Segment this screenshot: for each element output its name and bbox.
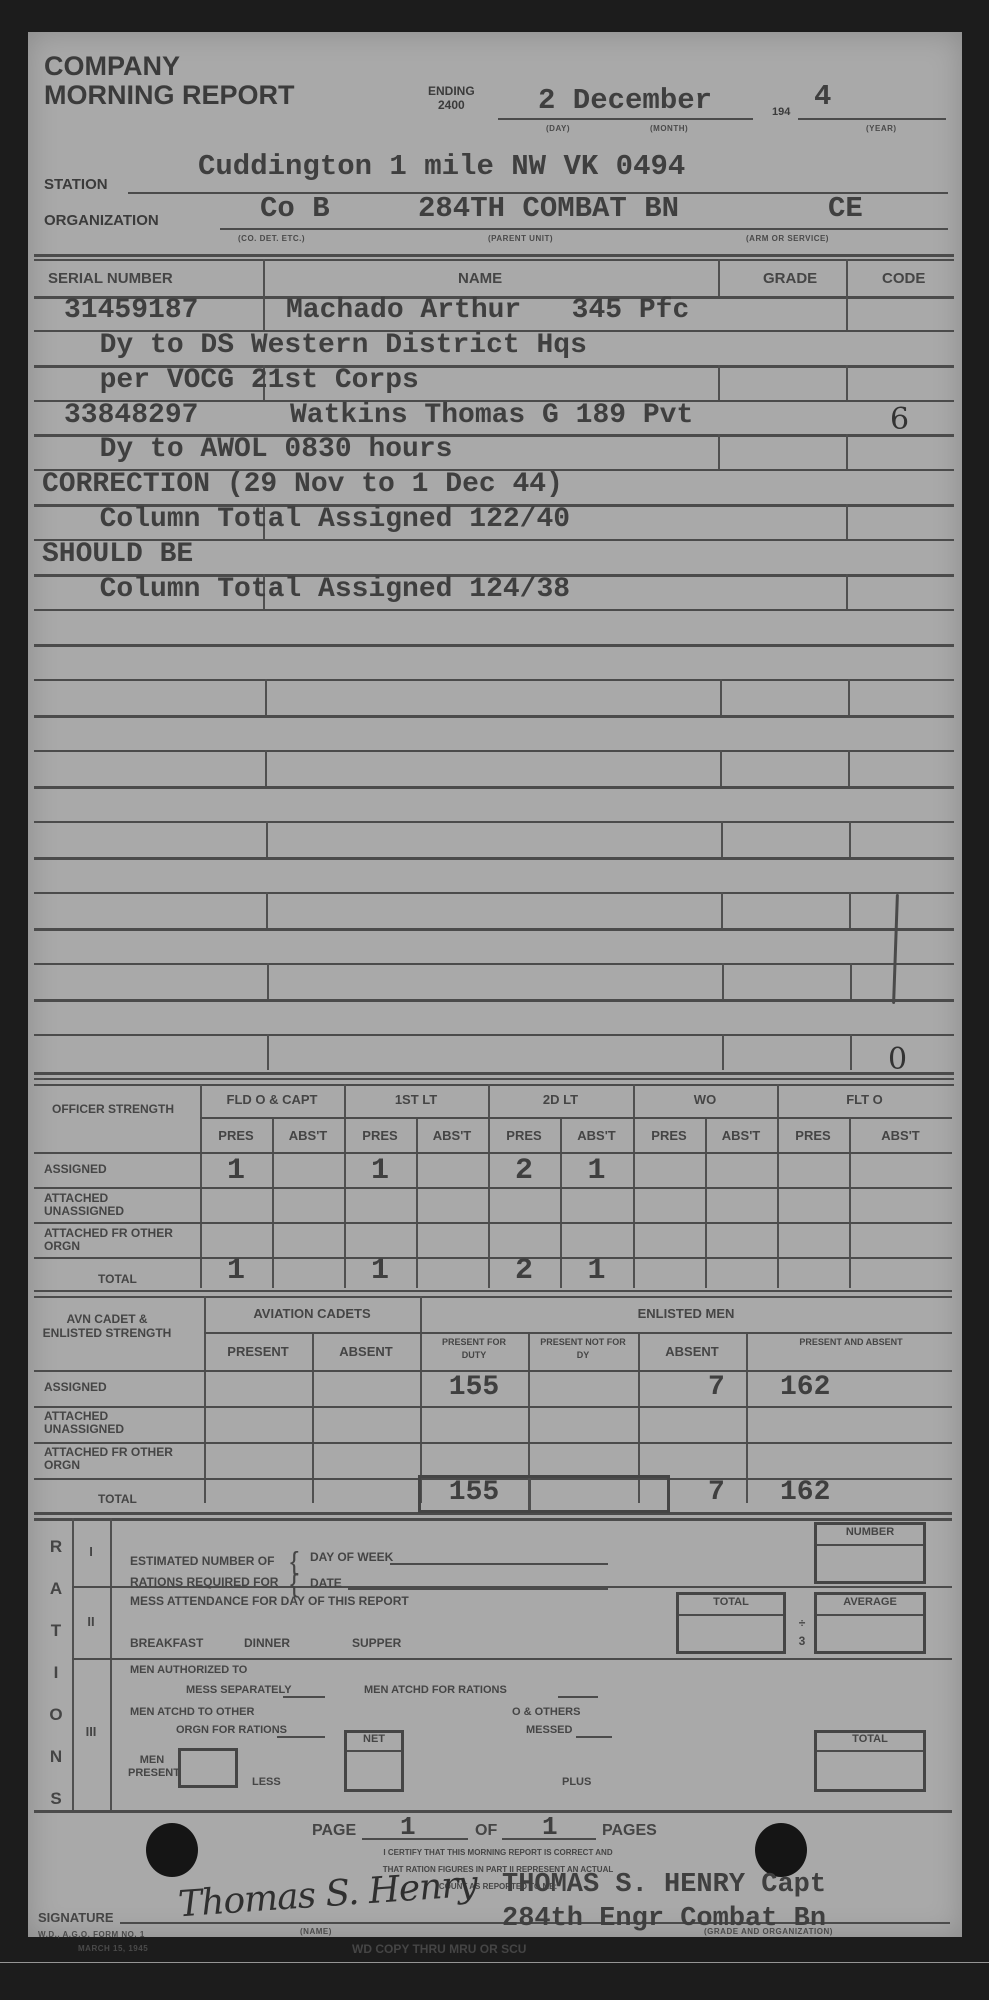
organization-underline — [220, 228, 948, 230]
row-rule — [34, 963, 954, 965]
col-divider — [718, 365, 720, 400]
entry-text: Column Total Assigned 122/40 — [66, 504, 570, 535]
col-divider — [850, 963, 852, 999]
row-rule — [34, 679, 954, 681]
row-rule — [204, 1332, 952, 1334]
station-label: STATION — [44, 176, 108, 193]
officer-total-value: 1 — [200, 1254, 272, 1288]
row-rule — [34, 892, 954, 894]
divide-by-three: ÷ 3 — [796, 1614, 808, 1650]
row-label-attached-other: ATTACHED FR OTHER ORGN — [44, 1446, 174, 1472]
messed-field[interactable] — [576, 1736, 612, 1738]
row-rule — [34, 821, 954, 823]
officer-value: 1 — [200, 1154, 272, 1188]
group-header-cadets: AVIATION CADETS — [204, 1306, 420, 1321]
sub-header-abst: ABS'T — [560, 1128, 633, 1143]
less-label: LESS — [252, 1776, 281, 1788]
col-divider — [718, 259, 720, 296]
typed-officer-unit: 284th Engr Combat Bn — [502, 1904, 826, 1934]
row-rule — [34, 1078, 954, 1080]
year-caption: (YEAR) — [866, 124, 897, 133]
messed-label: MESSED — [526, 1724, 572, 1736]
col-header-present-for-duty: PRESENT FOR DUTY — [430, 1336, 518, 1362]
org-arm-service: CE — [828, 192, 863, 225]
pencil-mark-line — [892, 894, 899, 1004]
pencil-mark-zero: 0 — [888, 1042, 907, 1077]
ending-label-2: 2400 — [428, 98, 475, 112]
org-company: Co B — [260, 192, 330, 225]
officer-total-value: 1 — [344, 1254, 416, 1288]
row-rule — [34, 786, 954, 789]
row-label-attached-other: ATTACHED FR OTHER ORGN — [44, 1227, 174, 1253]
officer-total-value: 1 — [560, 1254, 633, 1288]
part-numeral: I — [72, 1544, 110, 1559]
men-present-label-2: PRESENT — [128, 1767, 176, 1780]
orgn-rations-field[interactable] — [277, 1736, 325, 1738]
col-divider — [265, 750, 267, 786]
col-header-serial: SERIAL NUMBER — [48, 270, 173, 287]
col-divider — [722, 963, 724, 999]
row-rule — [200, 1117, 952, 1119]
sub-header-abst: ABS'T — [705, 1128, 777, 1143]
row-rule — [34, 1442, 952, 1444]
men-present-label: MEN PRESENT — [128, 1754, 176, 1780]
col-divider — [849, 821, 851, 857]
entry-code: 6 — [890, 402, 909, 437]
of-label: OF — [475, 1822, 497, 1840]
part-numeral: II — [72, 1614, 110, 1629]
breakfast-label: BREAKFAST — [130, 1636, 203, 1650]
col-divider — [846, 365, 848, 400]
officer-group-header: 2D LT — [488, 1092, 633, 1107]
rations-estimated-label: ESTIMATED NUMBER OF — [130, 1554, 274, 1568]
page-count: 1 — [542, 1812, 558, 1842]
col-divider — [846, 504, 848, 539]
report-year: 4 — [814, 80, 831, 113]
col-divider — [204, 1296, 206, 1503]
form-number: W.D., A.G.O. FORM NO. 1 — [38, 1930, 145, 1939]
col-divider — [110, 1518, 112, 1810]
col-divider — [266, 892, 268, 928]
sub-header-abst: ABS'T — [849, 1128, 952, 1143]
morning-report-form: COMPANY MORNING REPORT ENDING 2400 2 Dec… — [28, 32, 962, 1937]
row-rule — [72, 1658, 952, 1660]
organization-label: ORGANIZATION — [44, 212, 159, 229]
side-letter: S — [46, 1778, 66, 1820]
entry-text: SHOULD BE — [42, 539, 193, 570]
rations-side-label: R A T I O N S — [46, 1526, 66, 1820]
col-divider — [718, 434, 720, 469]
rations-required-label: RATIONS REQUIRED FOR — [130, 1575, 278, 1589]
enlisted-present-and-absent: 162 — [780, 1372, 830, 1403]
officer-value: 1 — [560, 1154, 633, 1188]
form-title-line1: COMPANY — [44, 52, 295, 81]
enlisted-strength-title: AVN CADET & ENLISTED STRENGTH — [42, 1312, 172, 1340]
enlisted-total-present-and-absent: 162 — [780, 1477, 830, 1508]
col-divider — [720, 679, 722, 715]
supper-label: SUPPER — [352, 1636, 401, 1650]
enlisted-absent: 7 — [708, 1372, 725, 1403]
officer-group-header: FLD O & CAPT — [200, 1092, 344, 1107]
col-divider — [721, 892, 723, 928]
enlisted-top-rule — [34, 1296, 952, 1298]
side-letter: N — [46, 1736, 66, 1778]
row-label-attached-unassigned: ATTACHED UNASSIGNED — [44, 1410, 174, 1436]
certify-line: I CERTIFY THAT THIS MORNING REPORT IS CO… — [288, 1844, 708, 1861]
mess-separately-label: MESS SEPARATELY — [186, 1684, 292, 1696]
punch-hole-left — [146, 1823, 198, 1877]
officer-strength-title: OFFICER STRENGTH — [48, 1102, 178, 1116]
box-rule — [679, 1614, 783, 1616]
dinner-label: DINNER — [244, 1636, 290, 1650]
report-date: 2 December — [538, 84, 712, 117]
number-box-label: NUMBER — [814, 1526, 926, 1538]
row-rule — [34, 1034, 954, 1036]
row-rule — [34, 1222, 952, 1224]
rations-top-rule — [34, 1518, 952, 1521]
row-label-assigned: ASSIGNED — [44, 1380, 107, 1394]
group-header-enlisted: ENLISTED MEN — [420, 1306, 952, 1321]
plus-label: PLUS — [562, 1776, 591, 1788]
rations-total-label: TOTAL — [814, 1733, 926, 1745]
col-divider — [263, 259, 265, 296]
row-rule — [34, 644, 954, 647]
row-rule — [34, 1290, 952, 1292]
others-label: O & OTHERS — [512, 1706, 580, 1718]
date-underline — [498, 118, 753, 120]
atchd-for-rations-field[interactable] — [558, 1696, 598, 1698]
part-numeral: III — [72, 1724, 110, 1739]
entry-text: Column Total Assigned 124/38 — [66, 574, 570, 605]
name-caption: (NAME) — [300, 1927, 332, 1936]
men-present-label-1: MEN — [128, 1754, 176, 1767]
mess-total-label: TOTAL — [676, 1596, 786, 1608]
officer-group-header: WO — [633, 1092, 777, 1107]
org-parent-unit: 284TH COMBAT BN — [418, 192, 679, 225]
day-of-week-label: DAY OF WEEK — [310, 1550, 393, 1564]
col-header-present-and-absent: PRESENT AND ABSENT — [766, 1336, 936, 1349]
row-rule — [34, 715, 954, 718]
day-caption: (DAY) — [546, 124, 570, 133]
col-divider — [846, 296, 848, 330]
officer-value: 2 — [488, 1154, 560, 1188]
form-title-line2: MORNING REPORT — [44, 81, 295, 110]
col-header-name: NAME — [458, 270, 502, 287]
col-divider — [849, 892, 851, 928]
enlisted-total-absent: 7 — [708, 1477, 725, 1508]
row-label-total: TOTAL — [98, 1272, 137, 1286]
col-divider — [267, 963, 269, 999]
mess-separately-field[interactable] — [283, 1696, 325, 1698]
pages-label: PAGES — [602, 1822, 657, 1840]
col-divider — [722, 1034, 724, 1070]
entry-text: per VOCG 21st Corps — [66, 365, 419, 396]
col-header-cadets-absent: ABSENT — [312, 1344, 420, 1359]
col-divider — [720, 750, 722, 786]
org-caption-arm: (ARM OR SERVICE) — [746, 234, 829, 243]
officer-group-header: 1ST LT — [344, 1092, 488, 1107]
col-divider — [267, 1034, 269, 1070]
officer-total-value: 2 — [488, 1254, 560, 1288]
enlisted-total-present-for-duty: 155 — [420, 1477, 528, 1508]
org-caption-co: (CO. DET. ETC.) — [238, 234, 305, 243]
col-divider — [528, 1478, 531, 1510]
entry-serial: 33848297 — [64, 400, 198, 431]
col-divider — [721, 821, 723, 857]
form-date: MARCH 15, 1945 — [78, 1944, 148, 1953]
box-rule — [347, 1750, 401, 1752]
org-caption-parent: (PARENT UNIT) — [488, 234, 553, 243]
col-header-code: CODE — [882, 270, 925, 287]
wd-copy-note: WD COPY THRU MRU OR SCU — [352, 1942, 526, 1956]
sub-header-abst: ABS'T — [272, 1128, 344, 1143]
brace: { — [290, 1572, 299, 1594]
sub-header-pres: PRES — [200, 1128, 272, 1143]
col-divider — [850, 1034, 852, 1070]
side-letter: T — [46, 1610, 66, 1652]
row-rule — [34, 609, 954, 611]
row-rule — [34, 1406, 952, 1408]
table-top-rule — [34, 254, 954, 257]
mess-attendance-label: MESS ATTENDANCE FOR DAY OF THIS REPORT — [130, 1594, 409, 1608]
ending-label: ENDING 2400 — [428, 84, 475, 112]
col-header-grade: GRADE — [763, 270, 817, 287]
row-rule — [34, 1072, 954, 1075]
entry-text: Watkins Thomas G 189 Pvt — [290, 400, 693, 431]
year-prefix: 194 — [772, 106, 790, 118]
box-rule — [817, 1544, 923, 1546]
row-rule — [34, 999, 954, 1002]
entry-text: CORRECTION (29 Nov to 1 Dec 44) — [42, 469, 563, 500]
officer-group-header: FLT O — [777, 1092, 952, 1107]
side-letter: A — [46, 1568, 66, 1610]
row-rule — [34, 750, 954, 752]
box-rule — [817, 1614, 923, 1616]
entry-text: Dy to AWOL 0830 hours — [66, 434, 452, 465]
date-label: DATE — [310, 1576, 342, 1590]
page-number: 1 — [400, 1812, 416, 1842]
col-header-cadets-present: PRESENT — [204, 1344, 312, 1359]
atchd-for-rations-label: MEN ATCHD FOR RATIONS — [364, 1684, 507, 1696]
col-divider — [846, 574, 848, 609]
row-rule — [34, 928, 954, 931]
typed-officer-name: THOMAS S. HENRY Capt — [502, 1870, 826, 1900]
col-divider — [846, 259, 848, 296]
col-divider — [263, 296, 265, 330]
page-label: PAGE — [312, 1822, 356, 1840]
col-header-present-not-for-duty: PRESENT NOT FOR DY — [534, 1336, 632, 1362]
rations-bottom-rule — [34, 1810, 952, 1813]
film-scratch — [0, 1962, 989, 1963]
punch-hole-right — [755, 1823, 807, 1877]
month-caption: (MONTH) — [650, 124, 688, 133]
sub-header-pres: PRES — [633, 1128, 705, 1143]
sub-header-pres: PRES — [344, 1128, 416, 1143]
officer-top-rule — [34, 1084, 954, 1086]
col-divider — [266, 821, 268, 857]
enlisted-present-for-duty: 155 — [420, 1372, 528, 1403]
officer-value: 1 — [344, 1154, 416, 1188]
row-label-assigned: ASSIGNED — [44, 1162, 107, 1176]
ending-label-1: ENDING — [428, 84, 475, 98]
signature-label: SIGNATURE — [38, 1910, 114, 1925]
sub-header-pres: PRES — [488, 1128, 560, 1143]
col-divider — [848, 679, 850, 715]
box-rule — [817, 1750, 923, 1752]
sub-header-pres: PRES — [777, 1128, 849, 1143]
entry-serial: 31459187 — [64, 295, 198, 326]
entry-text: Dy to DS Western District Hqs — [66, 330, 587, 361]
row-label-total: TOTAL — [98, 1492, 137, 1506]
year-underline — [798, 118, 946, 120]
side-letter: R — [46, 1526, 66, 1568]
row-rule — [34, 857, 954, 860]
net-label: NET — [344, 1733, 404, 1745]
station-value: Cuddington 1 mile NW VK 0494 — [198, 150, 685, 183]
authorized-label: MEN AUTHORIZED TO — [130, 1664, 247, 1676]
atchd-other-label: MEN ATCHD TO OTHER — [130, 1706, 254, 1718]
table-top-rule-2 — [34, 259, 954, 261]
side-letter: O — [46, 1694, 66, 1736]
day-of-week-field[interactable] — [390, 1563, 608, 1565]
men-present-box[interactable] — [178, 1748, 238, 1788]
average-label: AVERAGE — [814, 1596, 926, 1608]
col-divider — [72, 1518, 74, 1810]
row-label-attached-unassigned: ATTACHED UNASSIGNED — [44, 1192, 174, 1218]
sub-header-abst: ABS'T — [416, 1128, 488, 1143]
orgn-rations-label: ORGN FOR RATIONS — [176, 1724, 287, 1736]
col-divider — [848, 750, 850, 786]
date-field[interactable] — [348, 1588, 608, 1590]
entry-text: Machado Arthur 345 Pfc — [286, 295, 689, 326]
col-divider — [846, 434, 848, 469]
col-divider — [265, 679, 267, 715]
side-letter: I — [46, 1652, 66, 1694]
form-title: COMPANY MORNING REPORT — [44, 52, 295, 110]
col-header-absent: ABSENT — [638, 1344, 746, 1359]
